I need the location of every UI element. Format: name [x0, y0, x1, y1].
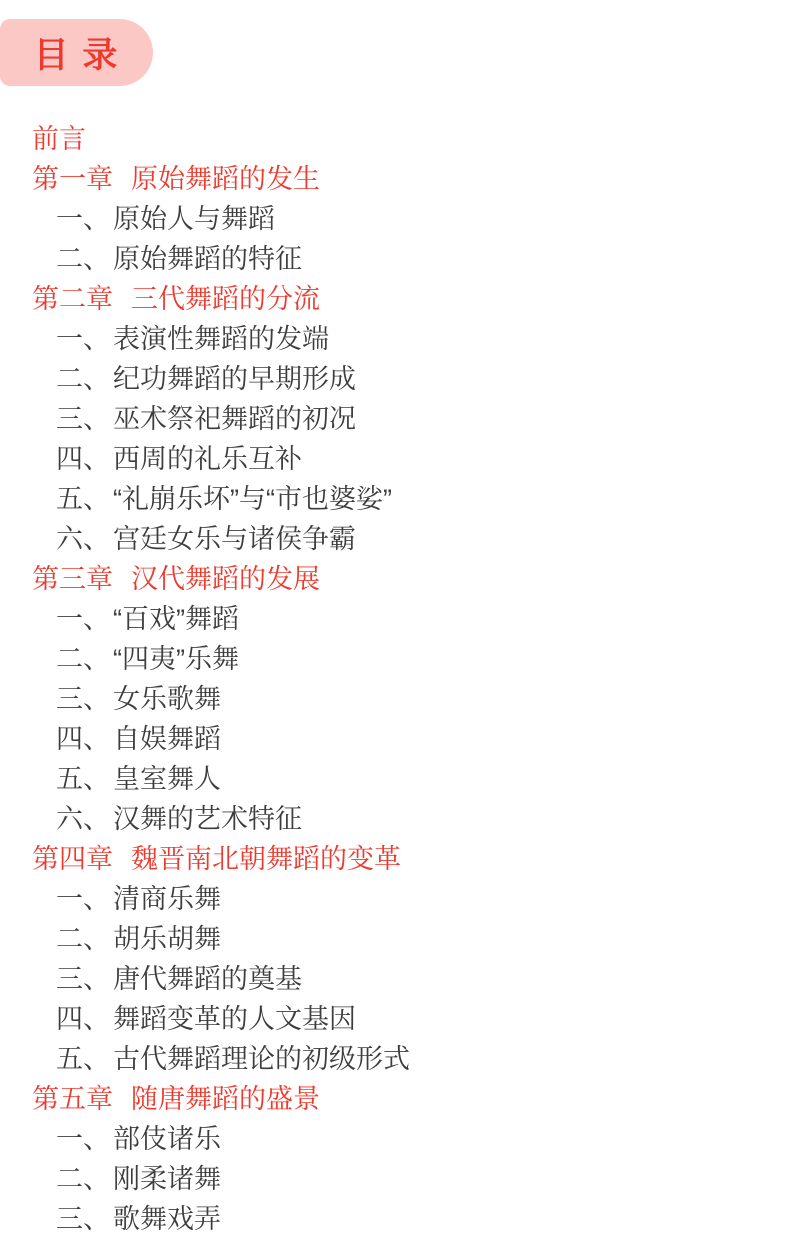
toc-item-link[interactable]: 三、 女乐歌舞 [0, 676, 790, 716]
toc-item-link[interactable]: 二、 原始舞蹈的特征 [0, 236, 790, 276]
toc-item-link[interactable]: 一、 原始人与舞蹈 [0, 196, 790, 236]
item-title: 歌舞戏弄 [113, 1197, 221, 1235]
toc-chapter-3-link[interactable]: 第三章 汉代舞蹈的发展 [0, 556, 790, 596]
item-title: 舞蹈变革的人文基因 [113, 997, 356, 1036]
chapter-number: 第三章 [32, 557, 113, 596]
toc-list: 前言 第一章 原始舞蹈的发生 一、 原始人与舞蹈 二、 原始舞蹈的特征 第二章 … [0, 116, 790, 1235]
chapter-number: 第四章 [32, 837, 113, 876]
item-title: 表演性舞蹈的发端 [113, 317, 329, 356]
chapter-title: 三代舞蹈的分流 [131, 277, 320, 316]
item-number: 一、 [56, 877, 113, 916]
item-number: 五、 [56, 757, 113, 796]
toc-item-link[interactable]: 三、 巫术祭祀舞蹈的初况 [0, 396, 790, 436]
item-title: 西周的礼乐互补 [113, 437, 302, 476]
item-title: 巫术祭祀舞蹈的初况 [113, 397, 356, 436]
toc-item-link[interactable]: 三、 歌舞戏弄 [0, 1196, 790, 1235]
item-title: 清商乐舞 [113, 877, 221, 916]
item-title: 部伎诸乐 [113, 1117, 221, 1156]
item-number: 一、 [56, 317, 113, 356]
item-number: 二、 [56, 637, 113, 676]
item-title: 原始舞蹈的特征 [113, 237, 302, 276]
toc-preface-link[interactable]: 前言 [0, 116, 790, 156]
toc-item-link[interactable]: 五、 古代舞蹈理论的初级形式 [0, 1036, 790, 1076]
toc-item-link[interactable]: 三、 唐代舞蹈的奠基 [0, 956, 790, 996]
chapter-title: 随唐舞蹈的盛景 [131, 1077, 320, 1116]
item-number: 四、 [56, 437, 113, 476]
item-title: “百戏”舞蹈 [113, 597, 239, 636]
item-title: 纪功舞蹈的早期形成 [113, 357, 356, 396]
item-title: 原始人与舞蹈 [113, 197, 275, 236]
item-number: 二、 [56, 1157, 113, 1196]
toc-chapter-4-link[interactable]: 第四章 魏晋南北朝舞蹈的变革 [0, 836, 790, 876]
item-title: 胡乐胡舞 [113, 917, 221, 956]
item-number: 四、 [56, 997, 113, 1036]
toc-chapter-5-link[interactable]: 第五章 随唐舞蹈的盛景 [0, 1076, 790, 1116]
item-title: “礼崩乐坏”与“市也婆娑” [113, 477, 392, 516]
toc-item-link[interactable]: 一、 表演性舞蹈的发端 [0, 316, 790, 356]
item-title: 刚柔诸舞 [113, 1157, 221, 1196]
item-number: 一、 [56, 1117, 113, 1156]
toc-item-link[interactable]: 六、 宫廷女乐与诸侯争霸 [0, 516, 790, 556]
item-title: “四夷”乐舞 [113, 637, 239, 676]
item-title: 唐代舞蹈的奠基 [113, 957, 302, 996]
toc-item-link[interactable]: 五、 “礼崩乐坏”与“市也婆娑” [0, 476, 790, 516]
item-title: 汉舞的艺术特征 [113, 797, 302, 836]
toc-title-badge: 目 录 [0, 19, 153, 86]
item-number: 五、 [56, 477, 113, 516]
toc-item-link[interactable]: 二、 纪功舞蹈的早期形成 [0, 356, 790, 396]
item-title: 宫廷女乐与诸侯争霸 [113, 517, 356, 556]
toc-item-link[interactable]: 四、 舞蹈变革的人文基因 [0, 996, 790, 1036]
chapter-number: 第一章 [32, 157, 113, 196]
item-number: 五、 [56, 1037, 113, 1076]
toc-item-link[interactable]: 四、 自娱舞蹈 [0, 716, 790, 756]
toc-chapter-1-link[interactable]: 第一章 原始舞蹈的发生 [0, 156, 790, 196]
item-title: 女乐歌舞 [113, 677, 221, 716]
item-title: 自娱舞蹈 [113, 717, 221, 756]
toc-item-link[interactable]: 五、 皇室舞人 [0, 756, 790, 796]
chapter-title: 魏晋南北朝舞蹈的变革 [131, 837, 401, 876]
toc-item-link[interactable]: 六、 汉舞的艺术特征 [0, 796, 790, 836]
item-number: 六、 [56, 797, 113, 836]
toc-item-link[interactable]: 二、 “四夷”乐舞 [0, 636, 790, 676]
item-title: 皇室舞人 [113, 757, 221, 796]
item-number: 二、 [56, 357, 113, 396]
item-number: 三、 [56, 1197, 113, 1235]
toc-chapter-2-link[interactable]: 第二章 三代舞蹈的分流 [0, 276, 790, 316]
toc-title-label: 目 录 [34, 28, 120, 78]
item-number: 六、 [56, 517, 113, 556]
item-number: 一、 [56, 597, 113, 636]
item-number: 三、 [56, 397, 113, 436]
chapter-number: 第二章 [32, 277, 113, 316]
item-number: 三、 [56, 677, 113, 716]
item-title: 古代舞蹈理论的初级形式 [113, 1037, 410, 1076]
chapter-title: 汉代舞蹈的发展 [131, 557, 320, 596]
item-number: 一、 [56, 197, 113, 236]
item-number: 二、 [56, 917, 113, 956]
item-number: 二、 [56, 237, 113, 276]
chapter-number: 第五章 [32, 1077, 113, 1116]
item-number: 三、 [56, 957, 113, 996]
chapter-title: 原始舞蹈的发生 [131, 157, 320, 196]
item-number: 四、 [56, 717, 113, 756]
toc-item-link[interactable]: 一、 部伎诸乐 [0, 1116, 790, 1156]
toc-item-link[interactable]: 二、 刚柔诸舞 [0, 1156, 790, 1196]
toc-item-link[interactable]: 四、 西周的礼乐互补 [0, 436, 790, 476]
toc-item-link[interactable]: 一、 “百戏”舞蹈 [0, 596, 790, 636]
toc-item-link[interactable]: 一、 清商乐舞 [0, 876, 790, 916]
toc-item-link[interactable]: 二、 胡乐胡舞 [0, 916, 790, 956]
